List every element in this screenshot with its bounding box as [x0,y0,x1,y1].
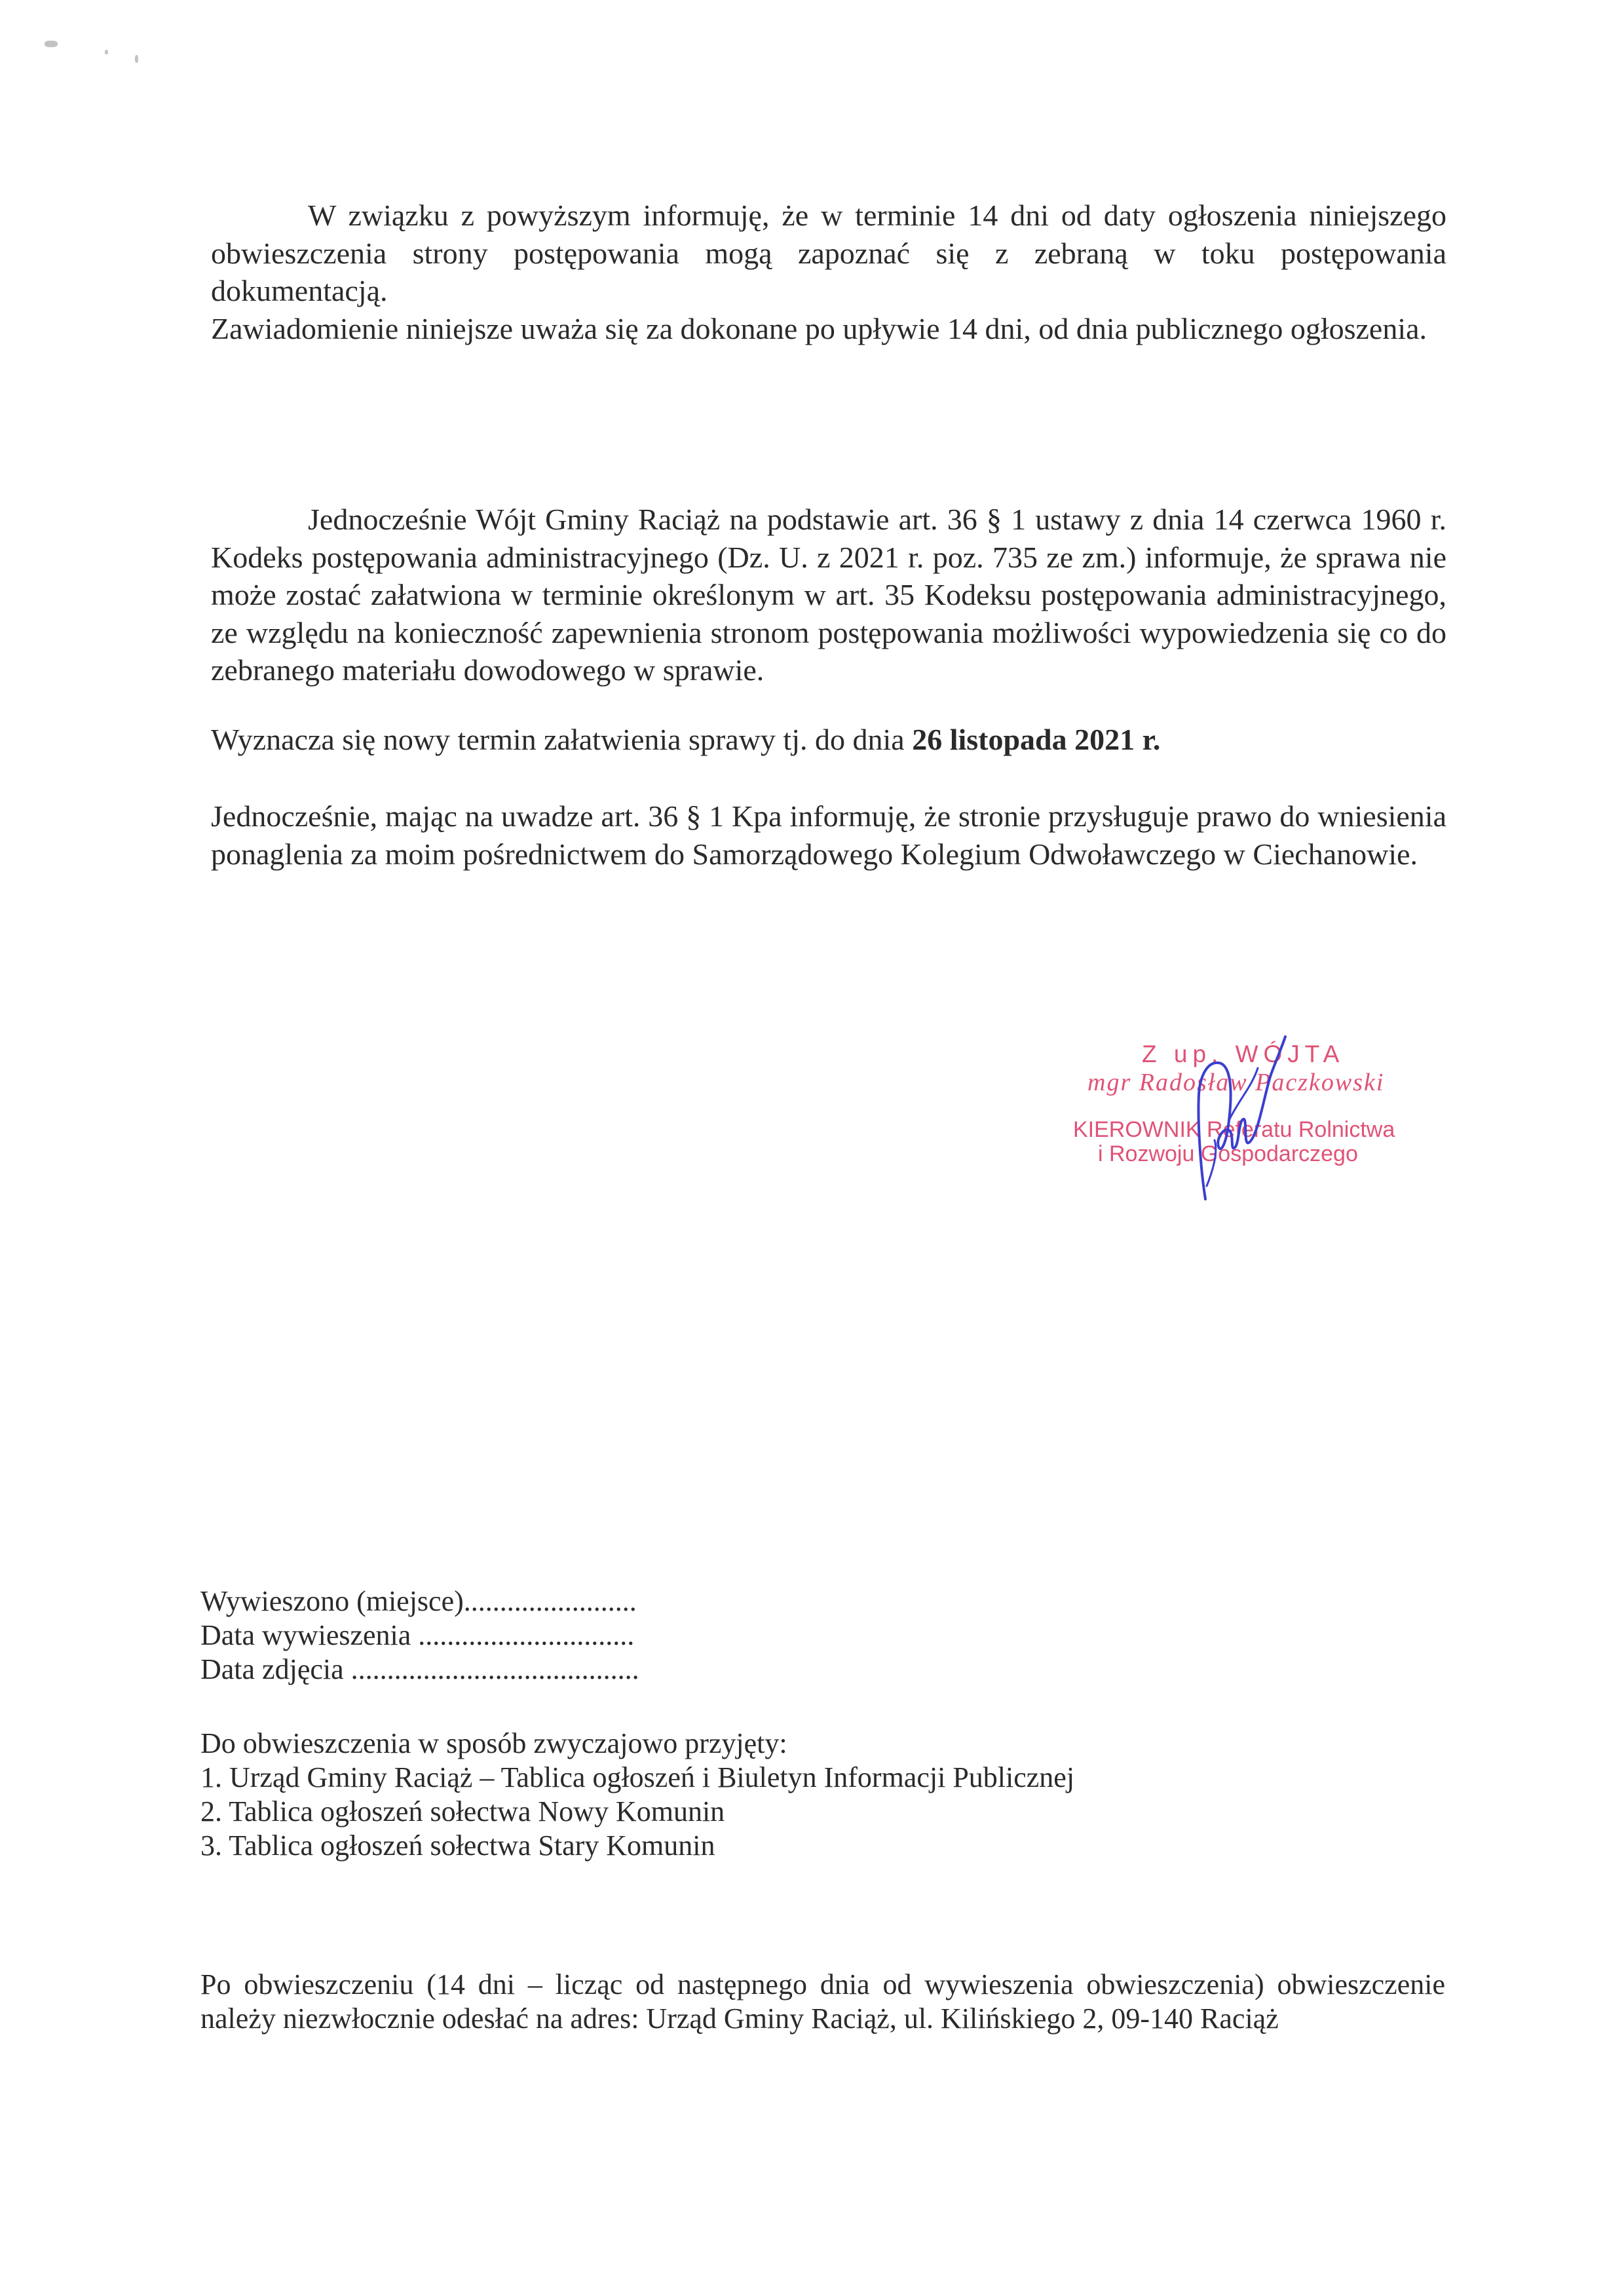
handwritten-signature-icon [1166,1022,1297,1212]
distribution-list: Do obwieszczenia w sposób zwyczajowo prz… [200,1727,1074,1863]
posting-field-place: Wywieszono (miejsce)....................… [200,1584,639,1618]
return-instructions-text: Po obwieszczeniu (14 dni – licząc od nas… [200,1968,1445,2036]
new-deadline-line: Wyznacza się nowy termin załatwienia spr… [211,721,1446,759]
distribution-item: 3. Tablica ogłoszeń sołectwa Stary Komun… [200,1829,1074,1863]
notice-paragraph-1-sentence-2: Zawiadomienie niniejsze uważa się za dok… [211,310,1446,348]
notice-paragraph-1-sentence-1: W związku z powyższym informuję, że w te… [211,197,1446,310]
new-deadline-date: 26 listopada 2021 r. [912,723,1160,756]
notice-paragraph-2: Jednocześnie Wójt Gminy Raciąż na podsta… [211,501,1446,689]
distribution-item: 2. Tablica ogłoszeń sołectwa Nowy Komuni… [200,1795,1074,1829]
scan-speck [105,50,108,54]
distribution-items: 1. Urząd Gminy Raciąż – Tablica ogłoszeń… [200,1761,1074,1863]
distribution-item: 1. Urząd Gminy Raciąż – Tablica ogłoszeń… [200,1761,1074,1795]
posting-fields: Wywieszono (miejsce)....................… [200,1584,639,1687]
posting-field-removed-date: Data zdjęcia ...........................… [200,1653,639,1687]
notice-paragraph-3: Wyznacza się nowy termin załatwienia spr… [211,721,1446,759]
return-instructions: Po obwieszczeniu (14 dni – licząc od nas… [200,1968,1445,2036]
scan-speck [45,41,58,47]
appeal-right-text: Jednocześnie, mając na uwadze art. 36 § … [211,797,1446,873]
posting-field-posted-date: Data wywieszenia .......................… [200,1618,639,1653]
scan-speck [135,55,138,63]
notice-paragraph-1: W związku z powyższym informuję, że w te… [211,197,1446,347]
new-deadline-text: Wyznacza się nowy termin załatwienia spr… [211,723,912,756]
distribution-heading: Do obwieszczenia w sposób zwyczajowo prz… [200,1727,1074,1761]
delay-notice-text: Jednocześnie Wójt Gminy Raciąż na podsta… [211,501,1446,689]
document-page: W związku z powyższym informuję, że w te… [0,0,1624,2296]
notice-paragraph-4: Jednocześnie, mając na uwadze art. 36 § … [211,797,1446,873]
